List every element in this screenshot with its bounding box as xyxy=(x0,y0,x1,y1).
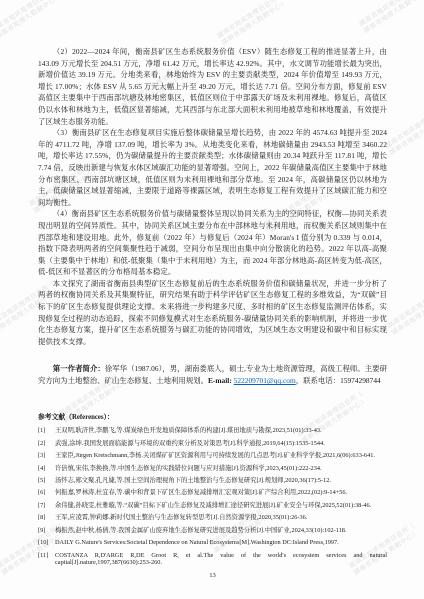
paragraph-conclusion-2: （2）2022—2024 年间，衡南县矿区生态系统服务价值（ESV）随生态修复工… xyxy=(38,46,387,127)
reference-text: 梅振然,赵中秋,杨倩,等.我国金属矿山废弃地生态修复研究进展及趋势分析[J].中… xyxy=(55,527,387,535)
reference-text: 武强,涂坤.我国发展面临能源与环境的双重约束分析及对策思考[J].科学通报,20… xyxy=(55,440,387,448)
reference-item: [9]梅振然,赵中秋,杨倩,等.我国金属矿山废弃地生态修复研究进展及趋势分析[J… xyxy=(38,527,387,535)
reference-marker: [8] xyxy=(38,514,55,522)
email-link[interactable]: 522209701@qq.com xyxy=(234,376,296,385)
paragraph-closing: 本文探究了湖南省衡南县典型矿区生态修复前后的生态系统服务价值和碳储量状况，并进一… xyxy=(38,278,387,348)
reference-marker: [7] xyxy=(38,502,55,510)
reference-marker: [3] xyxy=(38,452,55,460)
reference-item: [5]汤怀志,郧文聚,孔凡婕,等.国土空间治理视角下的土地整治与生态修复研究[J… xyxy=(38,477,387,485)
reference-marker: [6] xyxy=(38,489,55,497)
reference-marker: [2] xyxy=(38,440,55,448)
reference-text: 何振嘉,罗林涛,杜宜春,等.碳中和背景下矿区生态修复减排增汇宏观对策[J].矿产… xyxy=(55,489,387,497)
reference-item: [4]许倍慎,宋伟,李换换,等.中国生态修复的实践错位问题与应对措施[J].资源… xyxy=(38,465,387,473)
reference-marker: [5] xyxy=(38,477,55,485)
reference-text: COSTANZA R,D'ARGE R,DE Groot R, et al.Th… xyxy=(55,552,387,568)
reference-text: 余伟健,孙晓雯,杜雅璇,等.“双碳”目标下矿山生态修复及减排增汇途径研究进展[J… xyxy=(55,502,387,510)
reference-item: [3]王家臣,Jürgen Kretschmann,李杨.关闭煤矿矿区资源利用与… xyxy=(38,452,387,460)
document-page: 湖南省地质地理信息所（湖南省地理大数据中心） 湖南省地质地理信息所（湖南省地理大… xyxy=(0,0,424,599)
reference-text: 王家臣,Jürgen Kretschmann,李杨.关闭煤矿矿区资源利用与可持续… xyxy=(55,452,387,460)
page-content: （2）2022—2024 年间，衡南县矿区生态系统服务价值（ESV）随生态修复工… xyxy=(0,0,424,579)
reference-item: [7]余伟健,孙晓雯,杜雅璇,等.“双碳”目标下矿山生态修复及减排增汇途径研究进… xyxy=(38,502,387,510)
reference-item: [6]何振嘉,罗林涛,杜宜春,等.碳中和背景下矿区生态修复减排增汇宏观对策[J]… xyxy=(38,489,387,497)
reference-item: [2]武强,涂坤.我国发展面临能源与环境的双重约束分析及对策思考[J].科学通报… xyxy=(38,440,387,448)
reference-item: [11]COSTANZA R,D'ARGE R,DE Groot R, et a… xyxy=(38,552,387,568)
paragraph-conclusion-4: （4）衡南县矿区生态系统服务价值与碳储量整体呈现以协同关系为主的空间特征，权衡—… xyxy=(38,208,387,278)
reference-marker: [9] xyxy=(38,527,55,535)
references-list: [1]王双明,耿济世,李鹏飞,等.煤炭绿色开发地质保障体系的构建[J].煤田地质… xyxy=(38,427,387,567)
reference-text: 许倍慎,宋伟,李换换,等.中国生态修复的实践错位问题与应对措施[J].资源科学,… xyxy=(55,465,387,473)
references-heading: 参考文献（References）： xyxy=(38,413,387,422)
email-label: E-mail: xyxy=(208,376,234,385)
reference-text: 王双明,耿济世,李鹏飞,等.煤炭绿色开发地质保障体系的构建[J].煤田地质与勘探… xyxy=(55,427,387,435)
reference-marker: [11] xyxy=(38,552,55,568)
reference-item: [10]DAILY G.Nature's Services:Societal D… xyxy=(38,539,387,547)
reference-marker: [1] xyxy=(38,427,55,435)
reference-item: [1]王双明,耿济世,李鹏飞,等.煤炭绿色开发地质保障体系的构建[J].煤田地质… xyxy=(38,427,387,435)
page-number: 13 xyxy=(38,572,387,579)
reference-marker: [4] xyxy=(38,465,55,473)
reference-text: 王军,应凌霄,钟莉娜.新时代国土整治与生态修复转型思考[J].自然资源学报,20… xyxy=(55,514,387,522)
phone-label: ，联系电话： xyxy=(296,376,340,385)
reference-text: 汤怀志,郧文聚,孔凡婕,等.国土空间治理视角下的土地整治与生态修复研究[J].规… xyxy=(55,477,387,485)
reference-marker: [10] xyxy=(38,539,55,547)
reference-text: DAILY G.Nature's Services:Societal Depen… xyxy=(55,539,387,547)
paragraph-conclusion-3: （3）衡南县矿区在生态修复项目实施后整体碳储量呈增长趋势，由 2022 年的 4… xyxy=(38,127,387,208)
phone-number: 15974298744 xyxy=(340,376,381,385)
author-bio-label: 第一作者简介： xyxy=(53,364,105,373)
author-bio: 第一作者简介：徐军华（1987.06），男，湖南娄底人，硕士,专业为土地资源管理… xyxy=(38,363,387,387)
reference-item: [8]王军,应凌霄,钟莉娜.新时代国土整治与生态修复转型思考[J].自然资源学报… xyxy=(38,514,387,522)
